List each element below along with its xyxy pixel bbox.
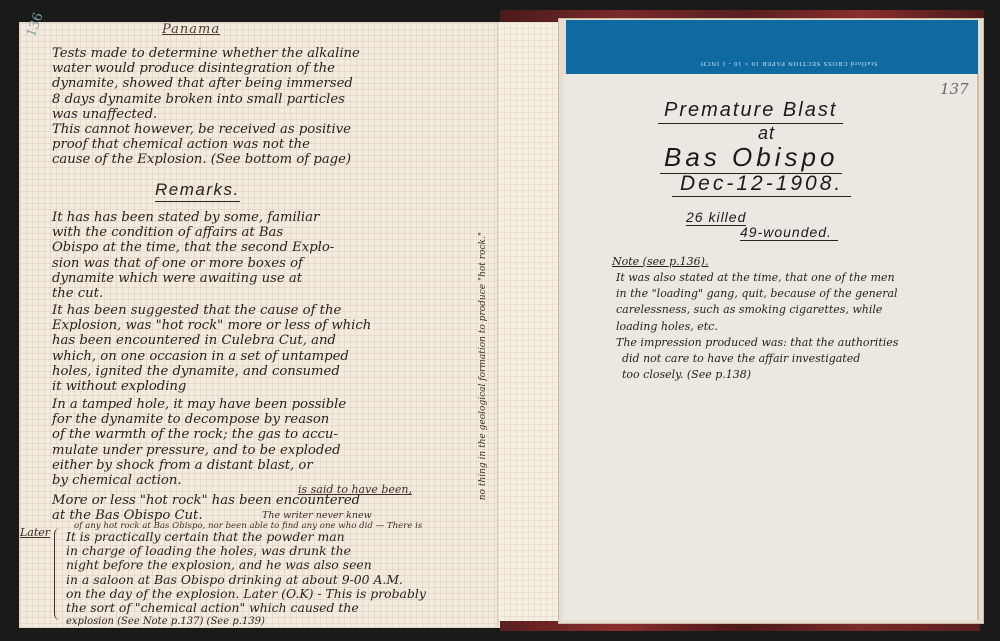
title-premature-blast: Premature Blast [658,99,843,124]
text-line: has been encountered in Culebra Cut, and [52,333,492,348]
text-line: either by shock from a distant blast, or [52,458,492,473]
inserted-note-writer: The writer never knew [262,510,372,521]
text-line: In a tamped hole, it may have been possi… [52,397,492,412]
text-line: mulate under pressure, and to be explode… [52,443,492,458]
later-paragraph: It is practically certain that the powde… [66,530,506,629]
text-line: water would produce disintegration of th… [52,61,492,76]
text-line: The impression produced was: that the au… [616,335,966,351]
text-line: Obispo at the time, that the second Expl… [52,240,492,255]
text-line: by chemical action. [52,473,492,488]
later-margin-label: Later [20,526,50,539]
text-line: in the "loading" gang, quit, because of … [616,286,966,302]
text-line: 8 days dynamite broken into small partic… [52,92,492,107]
vertical-margin-note: no thing in the geological formation to … [478,232,488,500]
text-line: proof that chemical action was not the [52,137,492,152]
remarks-heading: Remarks. [155,180,240,202]
intro-paragraph: Tests made to determine whether the alka… [52,46,492,168]
text-line: which, on one occasion in a set of untam… [52,349,492,364]
text-line: cause of the Explosion. (See bottom of p… [52,152,492,167]
text-line: in charge of loading the holes, was drun… [66,544,506,558]
remarks-paragraph-1: It has has been stated by some, familiar… [52,210,492,301]
text-line: of the warmth of the rock; the gas to ac… [52,427,492,442]
text-line: It was also stated at the time, that one… [616,270,966,286]
title-at: at [758,123,775,144]
note-heading: Note (see p.136). [612,255,708,268]
text-line: the sort of "chemical action" which caus… [66,601,506,615]
text-line: It is practically certain that the powde… [66,530,506,544]
text-line: on the day of the explosion. Later (O.K)… [66,587,506,601]
text-line: too closely. (See p.138) [616,367,966,383]
text-line: with the condition of affairs at Bas [52,225,492,240]
text-line: it without exploding [52,379,492,394]
title-date: Dec-12-1908. [672,172,851,197]
killed-count: 26 killed [686,209,746,226]
wounded-count: 49-wounded. [740,224,838,241]
text-line: night before the explosion, and he was a… [66,558,506,572]
text-line: This cannot however, be received as posi… [52,122,492,137]
text-line: was unaffected. [52,107,492,122]
text-line: It has has been stated by some, familiar [52,210,492,225]
text-line: for the dynamite to decompose by reason [52,412,492,427]
note-paragraph: It was also stated at the time, that one… [616,270,966,383]
text-line: in a saloon at Bas Obispo drinking at ab… [66,573,506,587]
text-line: dynamite which were awaiting use at [52,271,492,286]
blue-strip-printed-text: Stafford CROSS SECTION PAPER 10 × 10 - 1… [700,60,877,67]
text-line: It has been suggested that the cause of … [52,303,492,318]
remarks-paragraph-3: In a tamped hole, it may have been possi… [52,397,492,488]
text-line: More or less "hot rock" has been encount… [52,493,492,508]
text-line: carelessness, such as smoking cigarettes… [616,302,966,318]
remarks-paragraph-2: It has been suggested that the cause of … [52,303,492,394]
text-line: the cut. [52,286,492,301]
text-line: Explosion, was "hot rock" more or less o… [52,318,492,333]
text-line: Tests made to determine whether the alka… [52,46,492,61]
left-page-fold-margin [497,22,561,628]
text-line: loading holes, etc. [616,319,966,335]
title-bas-obispo: Bas Obispo [660,142,842,174]
text-line: explosion (See Note p.137) (See p.139) [66,615,506,629]
later-bracket [54,528,62,620]
page-header-panama: Panama [162,22,220,37]
text-line: sion was that of one or more boxes of [52,256,492,271]
text-line: holes, ignited the dynamite, and consume… [52,364,492,379]
text-line: dynamite, showed that after being immers… [52,76,492,91]
page-number-right: 137 [940,80,969,98]
text-line: did not care to have the affair investig… [616,351,966,367]
